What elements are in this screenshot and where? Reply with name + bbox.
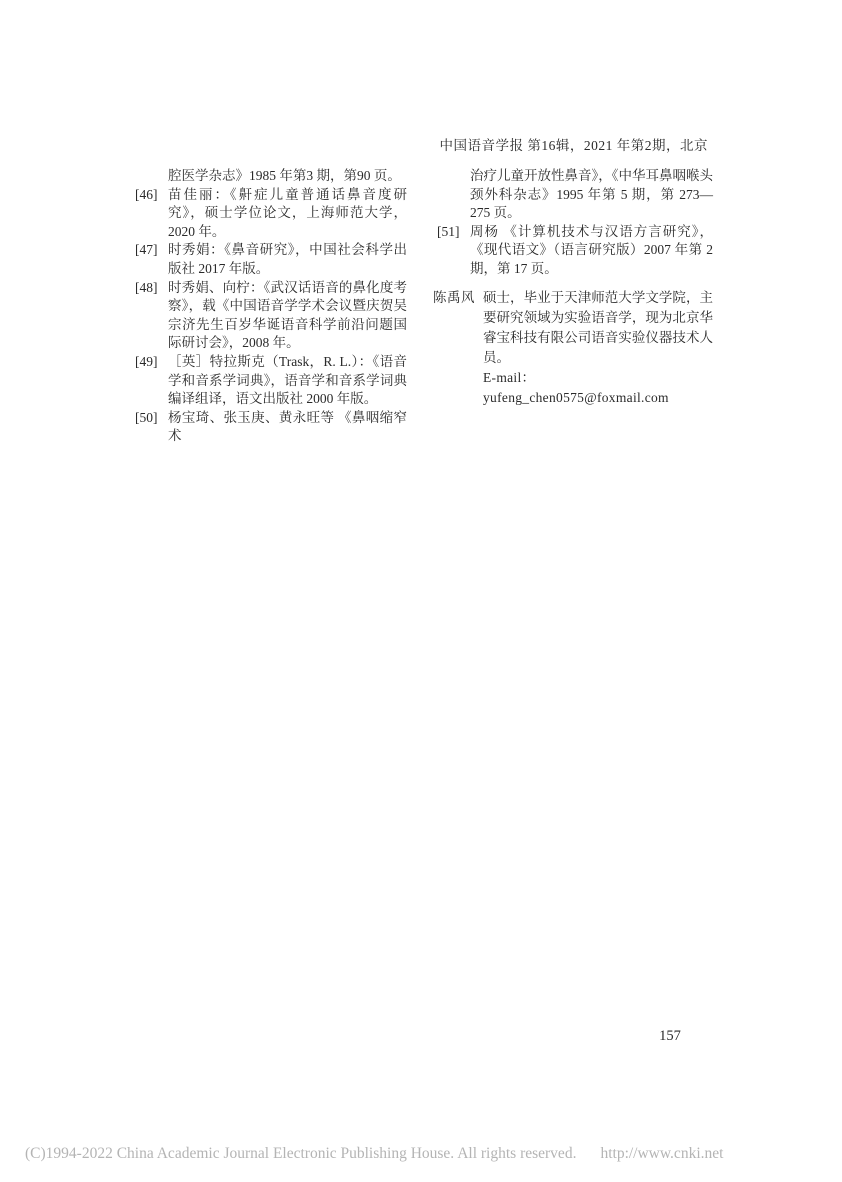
running-head: 中国语音学报 第16辑，2021 年第2期，北京 [360, 134, 708, 154]
author-bio-text: 硕士，毕业于天津师范大学文学院，主要研究领域为实验语音学，现为北京华睿宝科技有限… [483, 290, 713, 365]
reference-entry: [50] 杨宝琦、张玉庚、黄永旺等 《鼻咽缩窄术 [135, 409, 407, 446]
references-left-column: 腔医学杂志》1985 年第3 期，第90 页。 [46] 苗佳丽：《鼾症儿童普通… [135, 167, 407, 446]
right-column-entries: 治疗儿童开放性鼻音》，《中华耳鼻咽喉头颈外科杂志》1995 年第 5 期，第 2… [437, 167, 713, 279]
author-name: 陈禹风 [433, 288, 475, 308]
reference-number: [51] [437, 223, 460, 242]
reference-entry: [51] 周杨 《计算机技术与汉语方言研究》，《现代语文》（语言研究版）2007… [437, 223, 713, 279]
reference-number: [49] [135, 353, 158, 372]
page-number: 157 [646, 1028, 694, 1045]
reference-text: 腔医学杂志》1985 年第3 期，第90 页。 [168, 168, 401, 183]
reference-number: [46] [135, 186, 158, 205]
references-right-column: 治疗儿童开放性鼻音》，《中华耳鼻咽喉头颈外科杂志》1995 年第 5 期，第 2… [437, 167, 713, 446]
reference-text: 杨宝琦、张玉庚、黄永旺等 《鼻咽缩窄术 [168, 410, 407, 444]
reference-text: 时秀娟、向柠：《武汉话语音的鼻化度考察》，载《中国语音学学术会议暨庆贺吴宗济先生… [168, 280, 407, 351]
footer-watermark: (C)1994-2022 China Academic Journal Elec… [25, 1145, 825, 1163]
author-email-line: E-mail：yufeng_chen0575@foxmail.com [483, 368, 713, 408]
author-bio: 陈禹风 硕士，毕业于天津师范大学文学院，主要研究领域为实验语音学，现为北京华睿宝… [433, 288, 713, 408]
reference-entry: 腔医学杂志》1985 年第3 期，第90 页。 [135, 167, 407, 186]
reference-number: [47] [135, 241, 158, 260]
reference-text: 苗佳丽：《鼾症儿童普通话鼻音度研究》，硕士学位论文，上海师范大学，2020 年。 [168, 187, 407, 239]
reference-entry: [47] 时秀娟：《鼻音研究》，中国社会科学出版社 2017 年版。 [135, 241, 407, 278]
reference-entry: [48] 时秀娟、向柠：《武汉话语音的鼻化度考察》，载《中国语音学学术会议暨庆贺… [135, 279, 407, 353]
reference-text: 时秀娟：《鼻音研究》，中国社会科学出版社 2017 年版。 [168, 242, 407, 276]
cnki-url: http://www.cnki.net [600, 1145, 723, 1162]
reference-number: [50] [135, 409, 158, 428]
reference-entry: [46] 苗佳丽：《鼾症儿童普通话鼻音度研究》，硕士学位论文，上海师范大学，20… [135, 186, 407, 242]
email-label: E-mail： [483, 370, 535, 385]
reference-number: [48] [135, 279, 158, 298]
reference-text: 周杨 《计算机技术与汉语方言研究》，《现代语文》（语言研究版）2007 年第 2… [470, 224, 713, 276]
reference-text: 治疗儿童开放性鼻音》，《中华耳鼻咽喉头颈外科杂志》1995 年第 5 期，第 2… [470, 168, 713, 220]
reference-entry: [49] ［英］特拉斯克（Trask，R. L.）：《语音学和音系学词典》，语音… [135, 353, 407, 409]
references-section: 腔医学杂志》1985 年第3 期，第90 页。 [46] 苗佳丽：《鼾症儿童普通… [135, 167, 713, 446]
copyright-text: (C)1994-2022 China Academic Journal Elec… [25, 1145, 576, 1162]
reference-text: ［英］特拉斯克（Trask，R. L.）：《语音学和音系学词典》，语音学和音系学… [168, 354, 407, 406]
journal-page: 中国语音学报 第16辑，2021 年第2期，北京 腔医学杂志》1985 年第3 … [0, 0, 842, 1182]
reference-entry: 治疗儿童开放性鼻音》，《中华耳鼻咽喉头颈外科杂志》1995 年第 5 期，第 2… [437, 167, 713, 223]
email-address: yufeng_chen0575@foxmail.com [483, 390, 669, 405]
